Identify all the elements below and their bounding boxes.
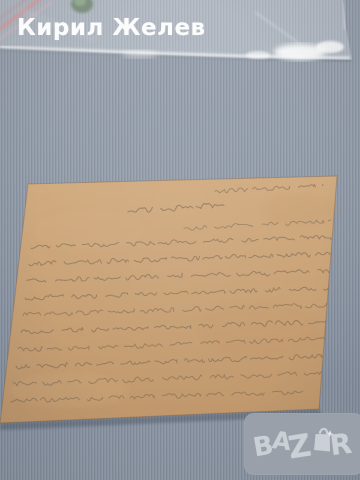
logo-letter-r: R: [328, 430, 353, 460]
bazar-logo-watermark: B A Z R: [244, 413, 360, 475]
seller-watermark-text: Кирил Желев: [17, 15, 206, 41]
photo-scene: Кирил Желев B A Z R: [0, 0, 360, 480]
photo-layers: [0, 0, 360, 480]
